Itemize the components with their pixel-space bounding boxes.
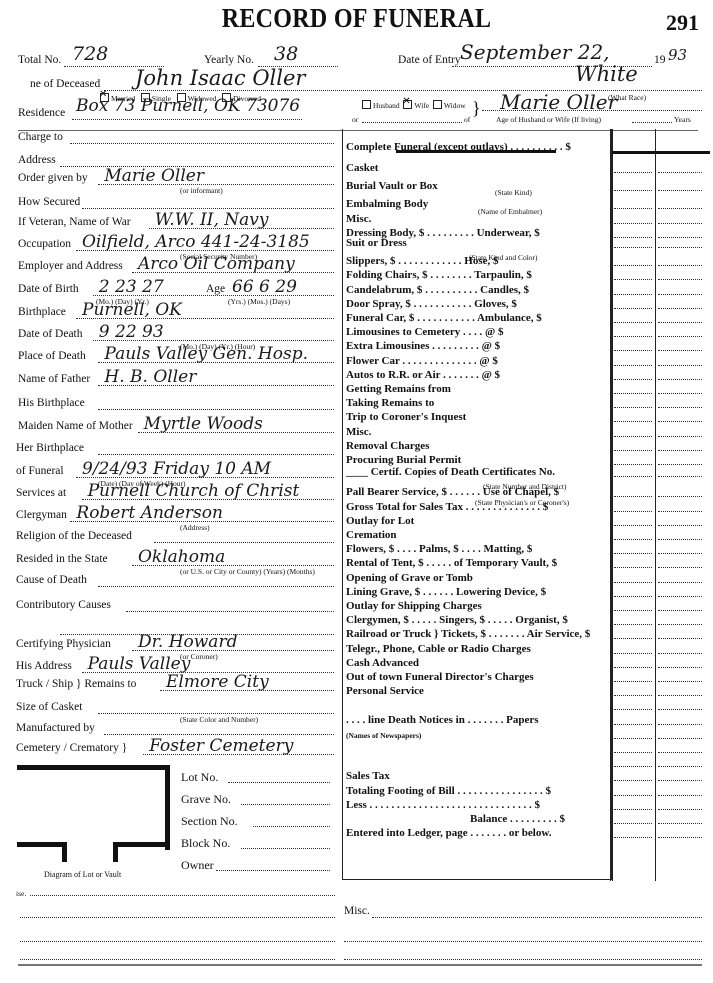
charge-clergymen-singers-organist: Clergymen, $ . . . . . Singers, $ . . . … [346, 614, 568, 626]
field-maiden-name-of-mother[interactable]: Myrtle Woods [144, 414, 263, 434]
amount-cell[interactable] [614, 172, 652, 173]
cents-cell[interactable] [658, 766, 702, 767]
year-prefix: 19 [654, 54, 666, 66]
amount-cell[interactable] [614, 638, 652, 639]
label-order-given-by: Order given by [18, 172, 88, 184]
label-place-of-death: Place of Death [18, 350, 86, 362]
field-his-address[interactable]: Pauls Valley [88, 654, 191, 674]
spouse-role-group: Husband Wife Widow [362, 100, 466, 110]
charge-balance: Balance . . . . . . . . . $ [470, 813, 565, 825]
cents-cell[interactable] [658, 823, 702, 824]
yearly-no-label: Yearly No. [204, 54, 254, 66]
cents-cell[interactable] [658, 596, 702, 597]
field-place-of-death[interactable]: Pauls Valley Gen. Hosp. [104, 344, 308, 364]
hint-state-kind: (State Kind) [495, 188, 532, 197]
label-maiden-name-of-mother: Maiden Name of Mother [18, 420, 133, 432]
date-of-entry-field[interactable]: September 22, [460, 40, 610, 64]
cents-cell[interactable] [658, 350, 702, 351]
field-owner[interactable] [216, 870, 330, 871]
charge-lining-grave-lowering-device: Lining Grave, $ . . . . . . Lowering Dev… [346, 586, 546, 598]
amount-cell[interactable] [614, 695, 652, 696]
label-manufactured-by: Manufactured by [16, 722, 95, 734]
hint-clergyman: (Address) [180, 523, 210, 532]
field-section-no[interactable] [253, 826, 330, 827]
amount-cell[interactable] [614, 610, 652, 611]
role-widow[interactable]: Widow [433, 101, 466, 110]
charge-outlay-for-shipping-charges: Outlay for Shipping Charges [346, 600, 482, 612]
charge-door-spray-gloves: Door Spray, $ . . . . . . . . . . . Glov… [346, 298, 517, 310]
charge-folding-chairs-tarpaulin: Folding Chairs, $ . . . . . . . . Tarpau… [346, 269, 532, 281]
cents-cell[interactable] [658, 624, 702, 625]
amount-cell[interactable] [614, 476, 652, 477]
field-if-veteran-name-of-war[interactable]: W.W. II, Navy [155, 210, 269, 230]
label-section-no: Section No. [181, 814, 238, 829]
residence-label: Residence [18, 107, 65, 119]
cents-cell[interactable] [658, 436, 702, 437]
cents-cell[interactable] [658, 525, 702, 526]
charge-misc: Misc. [346, 213, 371, 225]
hint-resided-in-the-state: (or U.S. or City or County) (Years) (Mon… [180, 567, 315, 576]
cents-cell[interactable] [658, 223, 702, 224]
cents-cell[interactable] [658, 738, 702, 739]
total-no-field[interactable]: 728 [72, 43, 108, 65]
field-name-of-father[interactable]: H. B. Oller [104, 367, 196, 387]
cents-cell[interactable] [658, 336, 702, 337]
amount-cell[interactable] [614, 247, 652, 248]
label-his-birthplace: His Birthplace [18, 397, 85, 409]
field-order-given-by[interactable]: Marie Oller [104, 166, 204, 186]
amount-cell[interactable] [614, 223, 652, 224]
charge-cash-advanced: Cash Advanced [346, 657, 419, 669]
charge-getting-remains-from: Getting Remains from [346, 383, 451, 395]
cents-cell[interactable] [658, 752, 702, 753]
role-wife[interactable]: Wife [403, 101, 429, 110]
label-employer-and-address: Employer and Address [18, 260, 123, 272]
total-no-label: Total No. [18, 54, 61, 66]
amount-cell[interactable] [614, 795, 652, 796]
field-occupation[interactable]: Oilfield, Arco 441-24-3185 [82, 232, 310, 252]
cents-cell[interactable] [658, 279, 702, 280]
label-cause-of-death: Cause of Death [16, 574, 87, 586]
charge-flowers-palms-matting: Flowers, $ . . . . Palms, $ . . . . Matt… [346, 543, 532, 555]
amount-cell[interactable] [614, 450, 652, 451]
notes-label: ise. [16, 889, 26, 898]
charge-misc: Misc. [346, 426, 371, 438]
label-owner: Owner [181, 858, 214, 873]
field-cemetery-crematory[interactable]: Foster Cemetery [149, 736, 293, 756]
field-birthplace[interactable]: Purnell, OK [82, 300, 182, 320]
cents-cell[interactable] [658, 365, 702, 366]
amount-cell[interactable] [614, 464, 652, 465]
amount-cell[interactable] [614, 766, 652, 767]
label-block-no: Block No. [181, 836, 230, 851]
cents-cell[interactable] [658, 709, 702, 710]
label-cemetery-crematory: Cemetery / Crematory } [16, 742, 127, 754]
charge-procuring-burial-permit: Procuring Burial Permit [346, 454, 461, 466]
label-contributory-causes: Contributory Causes [16, 599, 111, 611]
cents-cell[interactable] [658, 237, 702, 238]
amount-cell[interactable] [614, 667, 652, 668]
field-services-at[interactable]: Purnell Church of Christ [88, 481, 300, 501]
spouse-name-field[interactable]: Marie Oller [500, 90, 617, 114]
cents-cell[interactable] [658, 539, 702, 540]
page-number: 291 [666, 10, 699, 36]
cents-cell[interactable] [658, 582, 702, 583]
amount-cell[interactable] [614, 596, 652, 597]
charge-candelabrum-candles: Candelabrum, $ . . . . . . . . . . Candl… [346, 284, 529, 296]
field-block-no[interactable] [241, 848, 330, 849]
amount-cell[interactable] [614, 336, 652, 337]
label-her-birthplace: Her Birthplace [16, 442, 84, 454]
charge-entered-into-ledger-page-or-below: Entered into Ledger, page . . . . . . . … [346, 827, 551, 839]
label-resided-in-the-state: Resided in the State [16, 553, 108, 565]
amount-cell[interactable] [614, 294, 652, 295]
amount-cell[interactable] [614, 365, 652, 366]
of-label: of [464, 115, 470, 124]
field-employer-and-address[interactable]: Arco Oil Company [138, 254, 295, 274]
diagram-caption: Diagram of Lot or Vault [44, 870, 121, 879]
amount-cell[interactable] [614, 393, 652, 394]
amount-cell[interactable] [614, 350, 652, 351]
label-services-at: Services at [16, 487, 66, 499]
amount-cell[interactable] [614, 436, 652, 437]
charge-opening-of-grave-or-tomb: Opening of Grave or Tomb [346, 572, 473, 584]
role-husband[interactable]: Husband [362, 101, 400, 110]
amount-cell[interactable] [614, 738, 652, 739]
label-certifying-physician: Certifying Physician [16, 638, 111, 650]
field-truck-ship-remains-to[interactable]: Elmore City [166, 672, 269, 692]
label-lot-no: Lot No. [181, 770, 218, 785]
lot-diagram [17, 765, 170, 850]
record-title: RECORD OF FUNERAL [0, 4, 713, 35]
charge-railroad-or-truck-tickets-air-service: Railroad or Truck } Tickets, $ . . . . .… [346, 628, 590, 640]
spouse-age-label: Age of Husband or Wife (If living) [496, 115, 601, 124]
amount-cell[interactable] [614, 190, 652, 191]
field-date-of-birth[interactable]: 2 23 27 [99, 277, 164, 297]
years-label: Years [674, 115, 691, 124]
or-label: or [352, 115, 358, 124]
amount-cell[interactable] [614, 553, 652, 554]
field-resided-in-the-state[interactable]: Oklahoma [138, 547, 225, 567]
charge-taking-remains-to: Taking Remains to [346, 397, 434, 409]
charge-burial-vault-or-box: Burial Vault or Box [346, 180, 438, 192]
charge-extra-limousines: Extra Limousines . . . . . . . . . @ $ [346, 340, 500, 352]
amount-cell[interactable] [614, 681, 652, 682]
hint-age: (Yrs.) (Mos.) (Days) [228, 297, 290, 306]
cents-cell[interactable] [658, 265, 702, 266]
deceased-name-field[interactable]: John Isaac Oller [135, 66, 305, 90]
label-how-secured: How Secured [18, 196, 80, 208]
amount-cell[interactable] [614, 624, 652, 625]
charge-certif-copies-of-death-certificates-no: ____ Certif. Copies of Death Certificate… [346, 466, 555, 478]
cents-cell[interactable] [658, 653, 702, 654]
amount-cell[interactable] [614, 752, 652, 753]
amount-cell[interactable] [614, 653, 652, 654]
yearly-no-field[interactable]: 38 [274, 43, 298, 65]
deceased-name-label: ne of Deceased [30, 78, 100, 90]
charge-totaling-footing-of-bill: Totaling Footing of Bill . . . . . . . .… [346, 785, 551, 797]
amount-cell[interactable] [614, 279, 652, 280]
cents-cell[interactable] [658, 393, 702, 394]
cents-cell[interactable] [658, 667, 702, 668]
amount-cell[interactable] [614, 265, 652, 266]
charge-funeral-car-ambulance: Funeral Car, $ . . . . . . . . . . . Amb… [346, 312, 542, 324]
amount-cell[interactable] [614, 823, 652, 824]
amount-cell[interactable] [614, 567, 652, 568]
misc-label: Misc. [344, 905, 370, 917]
label-of-funeral: of Funeral [16, 465, 64, 477]
residence-field[interactable]: Box 73 Purnell, OK 73076 [76, 96, 300, 116]
hint-embalmer: (Name of Embalmer) [478, 207, 542, 216]
cents-cell[interactable] [658, 553, 702, 554]
cents-cell[interactable] [658, 610, 702, 611]
checkbox-icon [362, 100, 371, 109]
amount-cell[interactable] [614, 780, 652, 781]
charge-telegr-phone-cable-or-radio-charges: Telegr., Phone, Cable or Radio Charges [346, 643, 531, 655]
hint-state-number: (State Number and District) [483, 482, 567, 491]
brace: } [472, 98, 481, 119]
amount-cell[interactable] [614, 809, 652, 810]
amount-cell[interactable] [614, 379, 652, 380]
label-charge-to: Charge to [18, 131, 63, 143]
checkbox-icon [433, 100, 442, 109]
charge-out-of-town-funeral-director-s-charges: Out of town Funeral Director's Charges [346, 671, 534, 683]
cents-cell[interactable] [658, 190, 702, 191]
year-field[interactable]: 93 [668, 46, 687, 64]
amount-cell[interactable] [614, 539, 652, 540]
field-clergyman[interactable]: Robert Anderson [76, 503, 223, 523]
charge-rental-of-tent-of-temporary-vault: Rental of Tent, $ . . . . . of Temporary… [346, 557, 557, 569]
checkbox-checked-icon [403, 100, 412, 109]
charge-removal-charges: Removal Charges [346, 440, 429, 452]
field-grave-no[interactable] [241, 804, 330, 805]
total-bar [612, 151, 710, 154]
field-age[interactable]: 66 6 29 [232, 277, 297, 297]
amount-cell[interactable] [614, 496, 652, 497]
cents-cell[interactable] [658, 511, 702, 512]
label-clergyman: Clergyman [16, 509, 67, 521]
amount-cell[interactable] [614, 582, 652, 583]
amount-cell[interactable] [614, 709, 652, 710]
race-field[interactable]: White [575, 62, 638, 86]
label-date-of-birth: Date of Birth [18, 283, 79, 295]
amount-cell[interactable] [614, 724, 652, 725]
cents-cell[interactable] [658, 496, 702, 497]
label-size-of-casket: Size of Casket [16, 701, 82, 713]
amount-cell[interactable] [614, 237, 652, 238]
label-name-of-father: Name of Father [18, 373, 90, 385]
charge-names-of-newspapers: (Names of Newspapers) [346, 731, 421, 740]
amount-cell[interactable] [614, 421, 652, 422]
cents-cell[interactable] [658, 172, 702, 173]
field-certifying-physician[interactable]: Dr. Howard [138, 632, 237, 652]
amount-cell[interactable] [614, 308, 652, 309]
charge-sales-tax: Sales Tax [346, 770, 390, 782]
hint-order-given-by: (or informant) [180, 186, 223, 195]
charge-outlay-for-lot: Outlay for Lot [346, 515, 414, 527]
amount-cell[interactable] [614, 407, 652, 408]
label-religion-of-the-deceased: Religion of the Deceased [16, 530, 132, 542]
cents-cell[interactable] [658, 247, 702, 248]
field-date-of-death[interactable]: 9 22 93 [99, 322, 164, 342]
charge-flower-car: Flower Car . . . . . . . . . . . . . . @… [346, 355, 498, 367]
cents-cell[interactable] [658, 450, 702, 451]
cents-cell[interactable] [658, 421, 702, 422]
charge-suit-or-dress: Suit or Dress [346, 237, 407, 249]
cents-cell[interactable] [658, 379, 702, 380]
cents-cell[interactable] [658, 809, 702, 810]
cents-cell[interactable] [658, 681, 702, 682]
label-if-veteran-name-of-war: If Veteran, Name of War [18, 216, 131, 228]
date-of-entry-label: Date of Entry [398, 54, 461, 66]
field-of-funeral[interactable]: 9/24/93 Friday 10 AM [82, 459, 271, 479]
cents-cell[interactable] [658, 567, 702, 568]
hint-physician: (State Physician's or Coroner's) [475, 498, 569, 507]
amount-cell[interactable] [614, 322, 652, 323]
amount-cell[interactable] [614, 525, 652, 526]
cents-cell[interactable] [658, 724, 702, 725]
charge-embalming-body: Embalming Body [346, 198, 428, 210]
charge-cremation: Cremation [346, 529, 397, 541]
amount-cell[interactable] [614, 837, 652, 838]
cents-cell[interactable] [658, 208, 702, 209]
field-lot-no[interactable] [228, 782, 330, 783]
charge-casket: Casket [346, 162, 378, 174]
charge-complete-funeral-except-outlays: Complete Funeral (except outlays) . . . … [346, 141, 571, 153]
label-date-of-death: Date of Death [18, 328, 83, 340]
cents-cell[interactable] [658, 464, 702, 465]
charge-autos-to-r-r-or-air: Autos to R.R. or Air . . . . . . . @ $ [346, 369, 500, 381]
amount-cell[interactable] [614, 511, 652, 512]
cents-cell[interactable] [658, 795, 702, 796]
label-address: Address [18, 154, 56, 166]
hint-kind-color: (State Kind and Color) [469, 253, 538, 262]
label-occupation: Occupation [18, 238, 71, 250]
charge-personal-service: Personal Service [346, 685, 424, 697]
label-grave-no: Grave No. [181, 792, 231, 807]
label-birthplace: Birthplace [18, 306, 66, 318]
cents-cell[interactable] [658, 308, 702, 309]
cents-cell[interactable] [658, 695, 702, 696]
label-his-address: His Address [16, 660, 72, 672]
cents-cell[interactable] [658, 294, 702, 295]
amount-cell[interactable] [614, 208, 652, 209]
charge-less: Less . . . . . . . . . . . . . . . . . .… [346, 799, 540, 811]
cents-cell[interactable] [658, 476, 702, 477]
hint-size-of-casket: (State Color and Number) [180, 715, 258, 724]
cents-cell[interactable] [658, 837, 702, 838]
charge-limousines-to-cemetery: Limousines to Cemetery . . . . @ $ [346, 326, 504, 338]
label-age: Age [206, 283, 225, 295]
cents-cell[interactable] [658, 322, 702, 323]
charge-trip-to-coroner-s-inquest: Trip to Coroner's Inquest [346, 411, 466, 423]
cents-cell[interactable] [658, 638, 702, 639]
charge-line-death-notices-in-papers: . . . . line Death Notices in . . . . . … [346, 714, 538, 726]
label-truck-ship-remains-to: Truck / Ship } Remains to [16, 678, 136, 690]
cents-cell[interactable] [658, 780, 702, 781]
cents-cell[interactable] [658, 407, 702, 408]
